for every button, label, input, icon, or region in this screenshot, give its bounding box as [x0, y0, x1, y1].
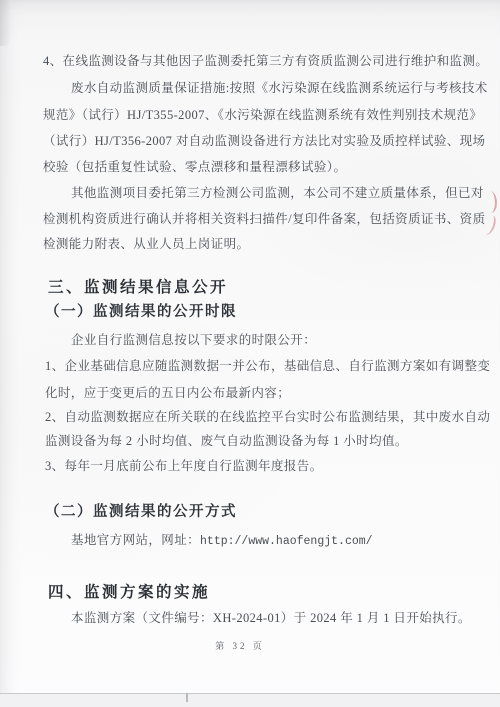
- website-url: http://www.haofengjt.com/: [200, 535, 373, 548]
- scan-edge-tick: [186, 693, 188, 702]
- doc-line: 检测机构资质进行确认并将相关资料扫描件/复印件备案，包括资质证书、资质: [43, 212, 485, 227]
- scan-edge-smudge: [0, 0, 12, 46]
- doc-line: 校验（包括重复性试验、零点漂移和量程漂移试验）。: [43, 160, 346, 175]
- red-stamp-arc-mark: [486, 191, 498, 213]
- doc-line: （试行）HJ/T356-2007 对自动监测设备进行方法比对实验及质控样试验、现…: [43, 134, 485, 149]
- scan-page-bottom-edge: [0, 693, 500, 707]
- subsection-heading-3-1: （一）监测结果的公开时限: [45, 305, 237, 320]
- doc-line: 4、在线监测设备与其他因子监测委托第三方有资质监测公司进行维护和监测。: [43, 54, 488, 69]
- red-stamp-arc-mark: [482, 214, 497, 237]
- scanned-document-page: 4、在线监测设备与其他因子监测委托第三方有资质监测公司进行维护和监测。 废水自动…: [0, 0, 500, 707]
- section-heading-3: 三、监测结果信息公开: [48, 280, 228, 295]
- doc-line: 废水自动监测质量保证措施:按照《水污染源在线监测系统运行与考核技术: [71, 81, 488, 96]
- doc-line: 其他监测项目委托第三方检测公司监测，本公司不建立质量体系，但已对: [71, 186, 484, 201]
- section-heading-4: 四、监测方案的实施: [48, 585, 210, 600]
- doc-line: 监测设备为每 2 小时均值、废气自动监测设备为每 1 小时均值。: [45, 434, 408, 449]
- doc-line: 3、每年一月底前公布上年度自行监测年度报告。: [45, 459, 323, 474]
- doc-line: 本监测方案（文件编号：XH-2024-01）于 2024 年 1 月 1 日开始…: [71, 611, 471, 626]
- doc-line: 1、企业基础信息应随监测数据一并公布，基础信息、自行监测方案如有调整变: [45, 359, 490, 374]
- website-label: 基地官方网站，网址：: [71, 533, 200, 547]
- doc-line: 规范》（试行）HJ/T355-2007、《水污染源在线监测系统有效性判别技术规范…: [43, 108, 482, 123]
- subsection-heading-3-2: （二）监测结果的公开方式: [45, 505, 237, 520]
- doc-line: 企业自行监测信息按以下要求的时限公开：: [71, 333, 316, 348]
- website-line: 基地官方网站，网址：http://www.haofengjt.com/: [71, 533, 373, 549]
- page-number: 第 32 页: [0, 639, 480, 652]
- doc-line: 检测能力附表、从业人员上岗证明。: [43, 237, 249, 252]
- doc-line: 化时，应于变更后的五日内公布最新内容；: [45, 386, 290, 401]
- doc-line: 2、自动监测数据应在所关联的在线监控平台实时公布监测结果，其中废水自动: [45, 410, 490, 425]
